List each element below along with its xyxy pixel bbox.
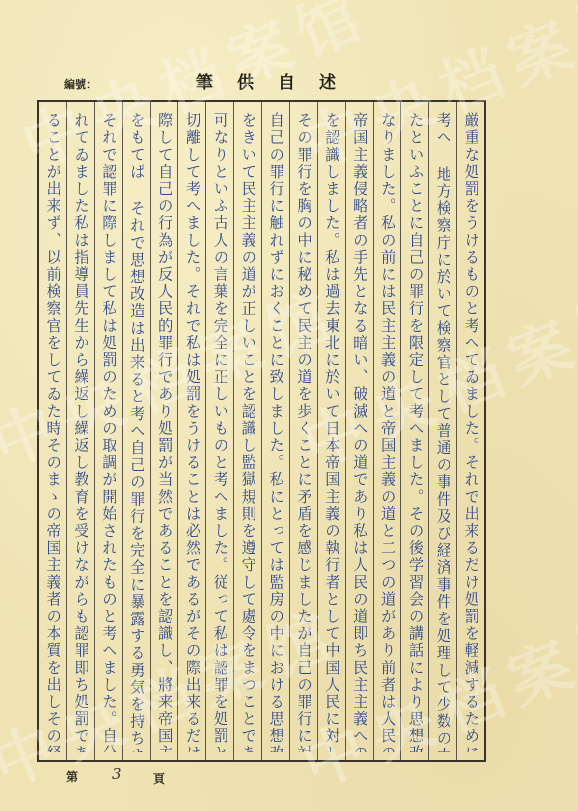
handwritten-line: 厳重な処罰をうけるものと考へてゐました。それで出来るだけ処罰を軽減するために罪行…: [463, 102, 479, 752]
manuscript-column: れてゐました私は指導員先生から繰返し繰返し教育を受けながらも認罪即ち処罰であると…: [66, 102, 94, 760]
manuscript-column: 切離して考へました。それで私は処罰をうけることは必然であるがその際出来るだけ自分…: [177, 102, 205, 760]
manuscript-column: 際して自己の行為が反人民的罪行であり処罰が当然であることを認識し、將来帝国主義者…: [150, 102, 178, 760]
handwritten-line: をもてば それで思想改造は出来ると考へ自己の罪行を完全に暴露する勇気を持ちません…: [128, 102, 144, 752]
manuscript-column: をもてば それで思想改造は出来ると考へ自己の罪行を完全に暴露する勇気を持ちません…: [122, 102, 150, 760]
handwritten-line: たといふことに自己の罪行を限定して考へました。その後学習会の講話により思想改造の…: [407, 102, 423, 752]
page-suffix: 頁: [153, 770, 165, 787]
form-header: 編號： 筆 供 自 述: [0, 66, 578, 96]
manuscript-column: 可なりといふ古人の言葉を完全に正しいものと考へました。従って私は認罪を処罰と結び…: [205, 102, 233, 760]
document-title: 筆 供 自 述: [196, 68, 336, 93]
manuscript-column: たといふことに自己の罪行を限定して考へました。その後学習会の講話により思想改造の…: [400, 102, 428, 760]
handwritten-line: をきいて民主主義の道が正しいことを認識し監獄規則を遵守して處令をまつことであり、…: [240, 102, 256, 752]
handwritten-line: 可なりといふ古人の言葉を完全に正しいものと考へました。従って私は認罪を処罰と結び…: [212, 102, 228, 752]
manuscript-column: その罪行を胸の中に秘めて民主の道を歩くことに矛盾を感じましたが自己の罪行に対する…: [289, 102, 317, 760]
handwritten-line: 切離して考へました。それで私は処罰をうけることは必然であるがその際出来るだけ自分…: [184, 102, 200, 752]
manuscript-column: を認識しました。私は過去東北に於いて日本帝国主義の執行者として中国人民に対し反人…: [317, 102, 345, 760]
title-char: 自: [278, 68, 295, 93]
handwritten-line: それで認罪に際しまして私は処罰のための取調が開始されたものと考へました。自分の罪…: [100, 102, 116, 752]
page-number: 3: [112, 765, 122, 783]
handwritten-line: なりました。私の前には民主主義の道と帝国主義の道と二つの道があり前者は人民の側に…: [379, 102, 395, 752]
handwritten-line: ることが出来ず、以前検察官をしてゐた時そのまゝの帝国主義者の本質を出しその経験を…: [45, 102, 61, 752]
page-footer: 第 3 頁: [60, 768, 180, 788]
manuscript-column: をきいて民主主義の道が正しいことを認識し監獄規則を遵守して處令をまつことであり、…: [233, 102, 261, 760]
handwritten-line: 帝国主義侵略者の手先となる暗い、破滅への道であり私は人民の道即ち民主主義への道が…: [351, 102, 367, 752]
manuscript-grid: 厳重な処罰をうけるものと考へてゐました。それで出来るだけ処罰を軽減するために罪行…: [37, 100, 486, 762]
manuscript-column: 帝国主義侵略者の手先となる暗い、破滅への道であり私は人民の道即ち民主主義への道が…: [345, 102, 373, 760]
handwritten-line: 考へ 地方検察庁に於いて検察官として普通の事件及び経済事件を処理して少数の中国人…: [435, 102, 451, 752]
title-char: 述: [319, 68, 336, 93]
page-prefix: 第: [66, 768, 78, 785]
handwritten-line: その罪行を胸の中に秘めて民主の道を歩くことに矛盾を感じましたが自己の罪行に対する…: [296, 102, 312, 752]
manuscript-column: 考へ 地方検察庁に於いて検察官として普通の事件及び経済事件を処理して少数の中国人…: [428, 102, 456, 760]
title-char: 筆: [196, 68, 213, 93]
handwritten-line: 際して自己の行為が反人民的罪行であり処罰が当然であることを認識し、將来帝国主義者…: [156, 102, 172, 752]
manuscript-column: 自己の罪行に触れずにおくことに致しました。私にとっては監房の中における思想改造と…: [261, 102, 289, 760]
handwritten-line: れてゐました私は指導員先生から繰返し繰返し教育を受けながらも認罪即ち処罰であると…: [73, 102, 89, 752]
manuscript-column: ることが出来ず、以前検察官をしてゐた時そのまゝの帝国主義者の本質を出しその経験を…: [39, 102, 66, 760]
manuscript-column: なりました。私の前には民主主義の道と帝国主義の道と二つの道があり前者は人民の側に…: [373, 102, 401, 760]
manuscript-column: それで認罪に際しまして私は処罰のための取調が開始されたものと考へました。自分の罪…: [94, 102, 122, 760]
handwritten-line: を認識しました。私は過去東北に於いて日本帝国主義の執行者として中国人民に対し反人…: [323, 102, 339, 752]
manuscript-column: 厳重な処罰をうけるものと考へてゐました。それで出来るだけ処罰を軽減するために罪行…: [456, 102, 484, 760]
handwritten-line: 自己の罪行に触れずにおくことに致しました。私にとっては監房の中における思想改造と…: [268, 102, 284, 752]
title-char: 供: [237, 68, 254, 93]
serial-number-label: 編號：: [64, 76, 97, 92]
